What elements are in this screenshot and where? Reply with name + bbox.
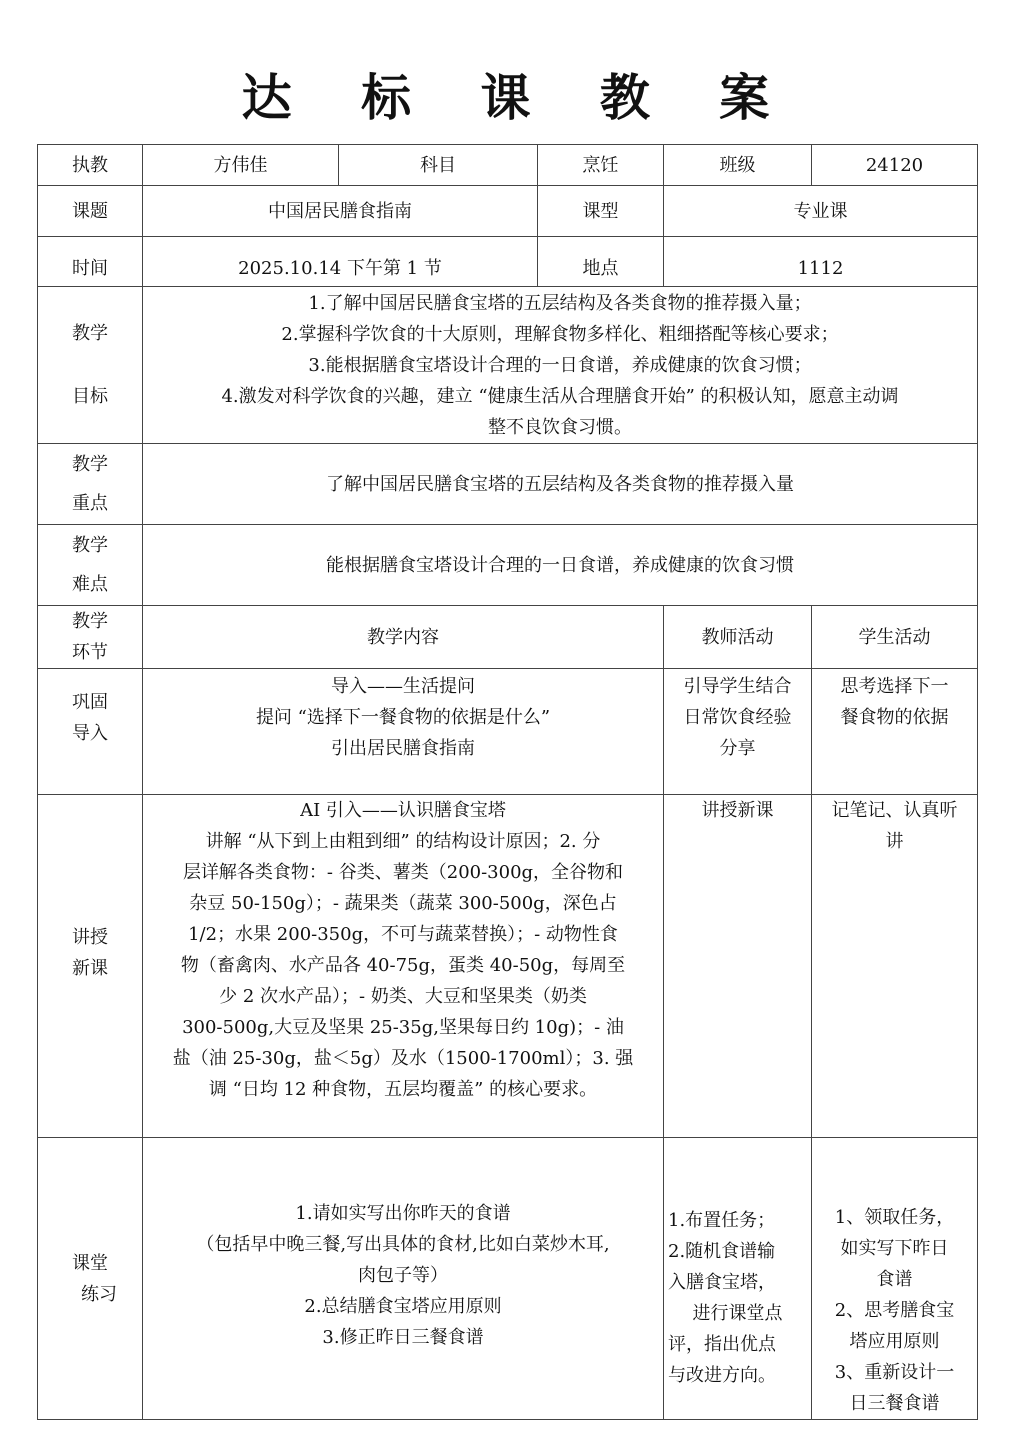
teacher-line: 与改进方向。 xyxy=(668,1360,807,1391)
class-label: 班级 xyxy=(664,145,812,186)
teacher-line: 2.随机食谱输 xyxy=(668,1236,807,1267)
row-key-point: 教学 重点 了解中国居民膳食宝塔的五层结构及各类食物的推荐摄入量 xyxy=(38,444,978,525)
row-topic: 课题 中国居民膳食指南 课型 专业课 xyxy=(38,186,978,237)
content-line: 2.总结膳食宝塔应用原则 xyxy=(147,1291,659,1322)
content-line: 调 “日均 12 种食物，五层均覆盖” 的核心要求。 xyxy=(147,1074,659,1105)
difficulty-content: 能根据膳食宝塔设计合理的一日食谱，养成健康的饮食习惯 xyxy=(143,525,978,606)
student-line: 1、领取任务， xyxy=(816,1202,973,1233)
content-line: 盐（油 25-30g，盐＜5g）及水（1500-1700ml）；3. 强 xyxy=(147,1043,659,1074)
subject-label: 科目 xyxy=(339,145,538,186)
objectives-label-2: 目标 xyxy=(42,381,138,412)
stage-label-2: 新课 xyxy=(42,953,138,984)
type-label: 课型 xyxy=(538,186,664,237)
subject-value: 烹饪 xyxy=(538,145,664,186)
content-line: 3.修正昨日三餐食谱 xyxy=(147,1322,659,1353)
content-line: 1.请如实写出你昨天的食谱 xyxy=(147,1198,659,1229)
content-line: 肉包子等） xyxy=(147,1260,659,1291)
teacher-activity: 1.布置任务； 2.随机食谱输 入膳食宝塔， 进行课堂点 评，指出优点 与改进方… xyxy=(664,1138,812,1420)
teacher-line: 1.布置任务； xyxy=(668,1205,807,1236)
stage-label-1: 课堂 xyxy=(42,1248,138,1279)
type-value: 专业课 xyxy=(664,186,978,237)
stage-content: AI 引入——认识膳食宝塔 讲解 “从下到上由粗到细” 的结构设计原因；2. 分… xyxy=(143,795,664,1138)
stage-label: 巩固 导入 xyxy=(38,669,143,795)
key-point-label: 教学 重点 xyxy=(38,444,143,525)
teacher-activity-header: 教师活动 xyxy=(664,606,812,669)
stage-label-2: 导入 xyxy=(42,718,138,749)
content-line: 300-500g,大豆及坚果 25-35g,坚果每日约 10g)；- 油 xyxy=(147,1012,659,1043)
row-difficulty: 教学 难点 能根据膳食宝塔设计合理的一日食谱，养成健康的饮食习惯 xyxy=(38,525,978,606)
student-line: 塔应用原则 xyxy=(816,1326,973,1357)
teacher-line: 引导学生结合 xyxy=(668,671,807,702)
student-line: 讲 xyxy=(816,826,973,857)
student-line: 食谱 xyxy=(816,1264,973,1295)
content-line: 物（畜禽肉、水产品各 40-75g，蛋类 40-50g，每周至 xyxy=(147,950,659,981)
content-line: 讲解 “从下到上由粗到细” 的结构设计原因；2. 分 xyxy=(147,826,659,857)
row-objectives: 教学 目标 1.了解中国居民膳食宝塔的五层结构及各类食物的推荐摄入量； 2.掌握… xyxy=(38,287,978,444)
content-line: AI 引入——认识膳食宝塔 xyxy=(147,795,659,826)
process-label-1: 教学 xyxy=(42,606,138,637)
student-line: 记笔记、认真听 xyxy=(816,795,973,826)
content-line: 引出居民膳食指南 xyxy=(147,733,659,764)
stage-label-1: 讲授 xyxy=(42,922,138,953)
teacher-activity: 讲授新课 xyxy=(664,795,812,1138)
lesson-plan-table: 执教 方伟佳 科目 烹饪 班级 24120 课题 中国居民膳食指南 课型 专业课… xyxy=(37,144,978,1420)
teacher-line: 入膳食宝塔， xyxy=(668,1267,807,1298)
content-header: 教学内容 xyxy=(143,606,664,669)
student-line: 2、思考膳食宝 xyxy=(816,1295,973,1326)
student-activity-header: 学生活动 xyxy=(812,606,978,669)
teacher-line: 评，指出优点 xyxy=(668,1329,807,1360)
stage-label-2: 练习 xyxy=(42,1279,138,1310)
content-line: 1/2；水果 200-350g，不可与蔬菜替换）；- 动物性食 xyxy=(147,919,659,950)
teacher-activity: 引导学生结合 日常饮食经验 分享 xyxy=(664,669,812,795)
row-teacher: 执教 方伟佳 科目 烹饪 班级 24120 xyxy=(38,145,978,186)
teacher-line: 日常饮食经验 xyxy=(668,702,807,733)
key-point-label-1: 教学 xyxy=(42,449,138,480)
student-activity: 记笔记、认真听 讲 xyxy=(812,795,978,1138)
topic-value: 中国居民膳食指南 xyxy=(143,186,538,237)
stage-label: 课堂 练习 xyxy=(38,1138,143,1420)
document-title: 达 标 课 教 案 xyxy=(0,68,1011,128)
teacher-line: 分享 xyxy=(668,733,807,764)
row-process-header: 教学 环节 教学内容 教师活动 学生活动 xyxy=(38,606,978,669)
student-line: 思考选择下一 xyxy=(816,671,973,702)
student-activity: 1、领取任务， 如实写下昨日 食谱 2、思考膳食宝 塔应用原则 3、重新设计一 … xyxy=(812,1138,978,1420)
objective-item: 3.能根据膳食宝塔设计合理的一日食谱，养成健康的饮食习惯； xyxy=(147,350,973,381)
stage-row-intro: 巩固 导入 导入——生活提问 提问 “选择下一餐食物的依据是什么” 引出居民膳食… xyxy=(38,669,978,795)
student-line: 3、重新设计一 xyxy=(816,1357,973,1388)
objective-item: 1.了解中国居民膳食宝塔的五层结构及各类食物的推荐摄入量； xyxy=(147,288,973,319)
place-label: 地点 xyxy=(538,237,664,287)
objectives-label-1: 教学 xyxy=(42,318,138,349)
key-point-label-2: 重点 xyxy=(42,488,138,519)
objective-item: 整不良饮食习惯。 xyxy=(147,412,973,443)
content-line: 层详解各类食物：- 谷类、薯类（200-300g，全谷物和 xyxy=(147,857,659,888)
stage-content: 导入——生活提问 提问 “选择下一餐食物的依据是什么” 引出居民膳食指南 xyxy=(143,669,664,795)
difficulty-label: 教学 难点 xyxy=(38,525,143,606)
student-line: 日三餐食谱 xyxy=(816,1388,973,1419)
place-value: 1112 xyxy=(664,237,978,287)
process-label-2: 环节 xyxy=(42,637,138,668)
difficulty-label-2: 难点 xyxy=(42,569,138,600)
stage-label: 讲授 新课 xyxy=(38,795,143,1138)
content-line: 提问 “选择下一餐食物的依据是什么” xyxy=(147,702,659,733)
process-label: 教学 环节 xyxy=(38,606,143,669)
objective-item: 2.掌握科学饮食的十大原则，理解食物多样化、粗细搭配等核心要求； xyxy=(147,319,973,350)
stage-row-lecture: 讲授 新课 AI 引入——认识膳食宝塔 讲解 “从下到上由粗到细” 的结构设计原… xyxy=(38,795,978,1138)
time-label: 时间 xyxy=(38,237,143,287)
student-activity: 思考选择下一 餐食物的依据 xyxy=(812,669,978,795)
teacher-line: 进行课堂点 xyxy=(668,1298,807,1329)
stage-row-practice: 课堂 练习 1.请如实写出你昨天的食谱 （包括早中晚三餐,写出具体的食材,比如白… xyxy=(38,1138,978,1420)
teacher-line: 讲授新课 xyxy=(668,795,807,826)
student-line: 餐食物的依据 xyxy=(816,702,973,733)
objectives-label: 教学 目标 xyxy=(38,287,143,444)
student-line: 如实写下昨日 xyxy=(816,1233,973,1264)
objective-item: 4.激发对科学饮食的兴趣，建立 “健康生活从合理膳食开始” 的积极认知，愿意主动… xyxy=(147,381,973,412)
topic-label: 课题 xyxy=(38,186,143,237)
content-line: 杂豆 50-150g）；- 蔬果类（蔬菜 300-500g，深色占 xyxy=(147,888,659,919)
teacher-label: 执教 xyxy=(38,145,143,186)
stage-label-1: 巩固 xyxy=(42,687,138,718)
content-line: 导入——生活提问 xyxy=(147,671,659,702)
teacher-value: 方伟佳 xyxy=(143,145,339,186)
class-value: 24120 xyxy=(812,145,978,186)
content-line: 少 2 次水产品）；- 奶类、大豆和坚果类（奶类 xyxy=(147,981,659,1012)
key-point-content: 了解中国居民膳食宝塔的五层结构及各类食物的推荐摄入量 xyxy=(143,444,978,525)
time-value: 2025.10.14 下午第 1 节 xyxy=(143,237,538,287)
content-line: （包括早中晚三餐,写出具体的食材,比如白菜炒木耳, xyxy=(147,1229,659,1260)
difficulty-label-1: 教学 xyxy=(42,530,138,561)
objectives-content: 1.了解中国居民膳食宝塔的五层结构及各类食物的推荐摄入量； 2.掌握科学饮食的十… xyxy=(143,287,978,444)
stage-content: 1.请如实写出你昨天的食谱 （包括早中晚三餐,写出具体的食材,比如白菜炒木耳, … xyxy=(143,1138,664,1420)
row-time: 时间 2025.10.14 下午第 1 节 地点 1112 xyxy=(38,237,978,287)
